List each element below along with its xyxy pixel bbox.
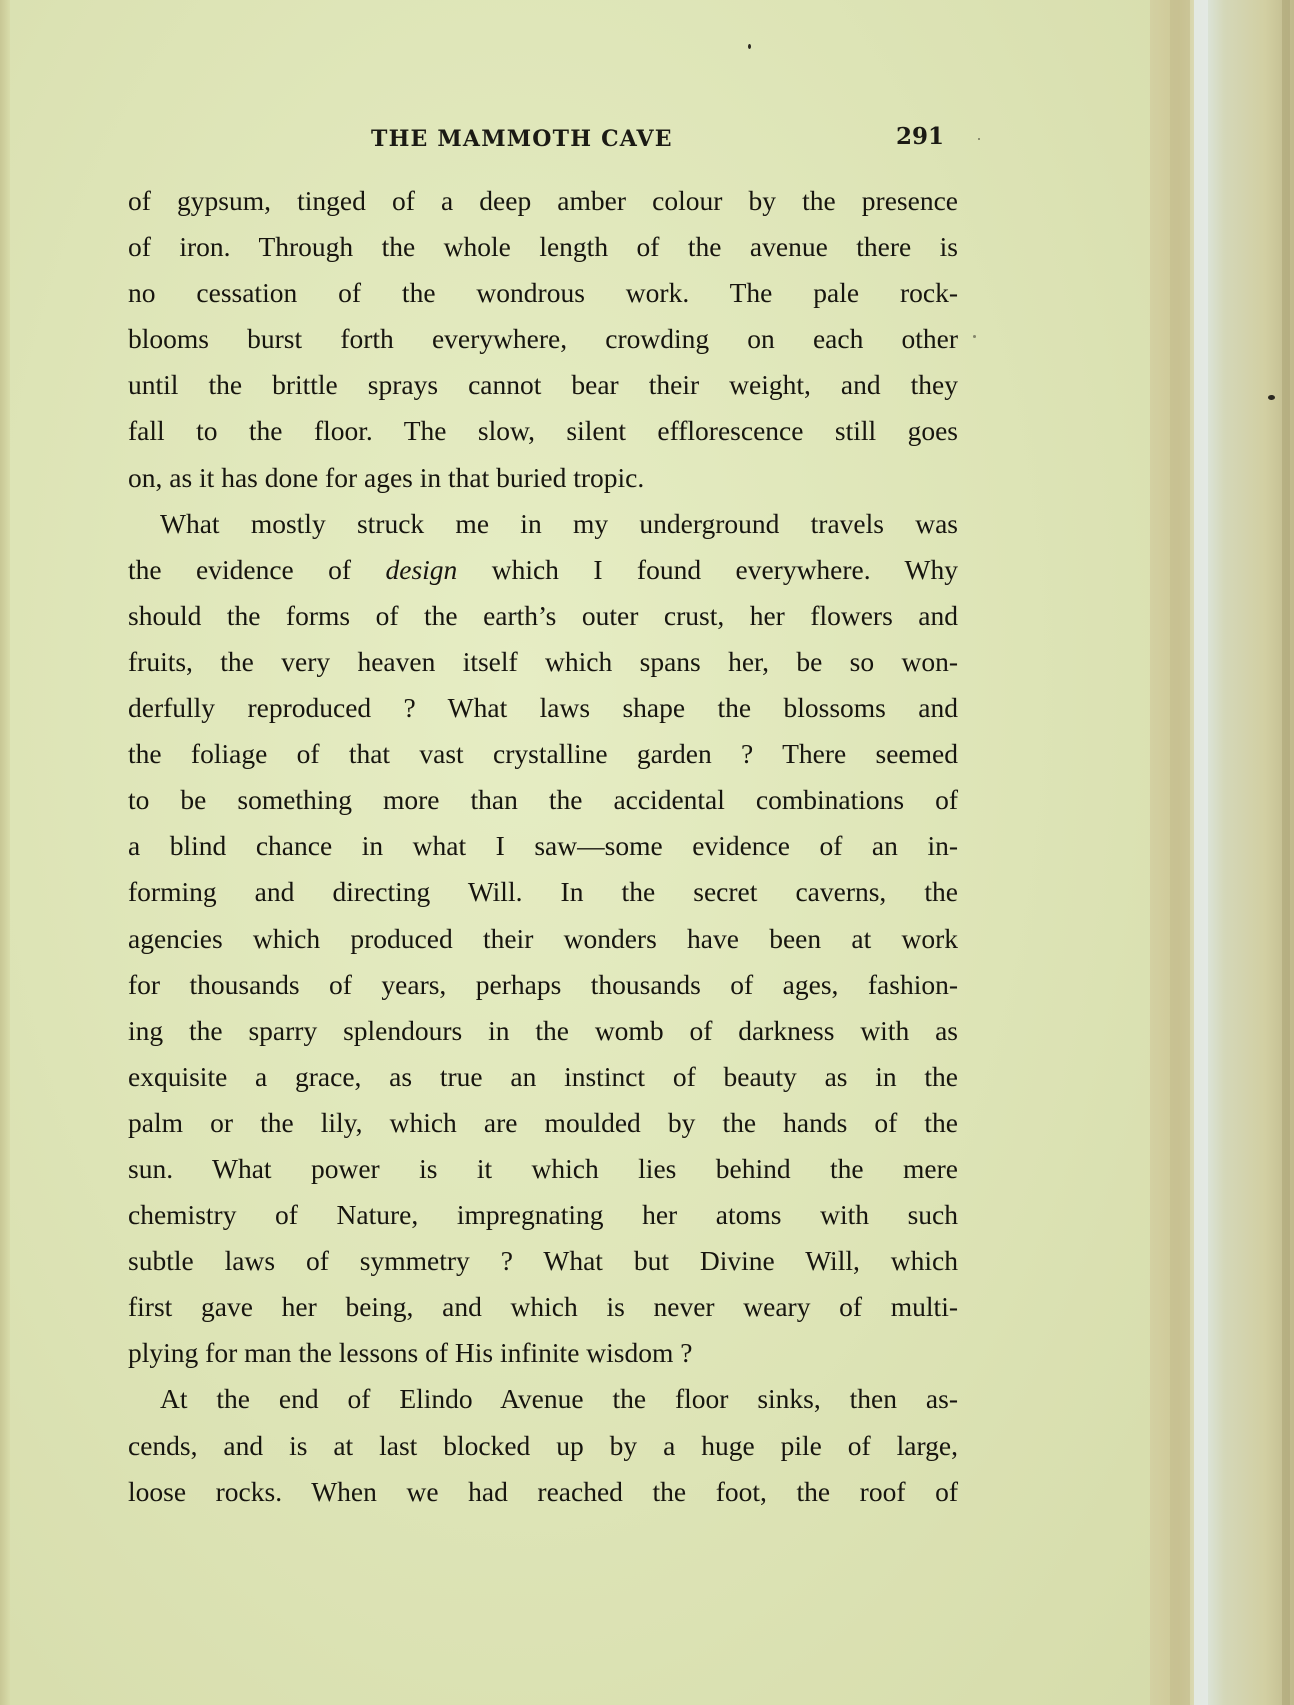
paper-speck	[1268, 395, 1275, 400]
text-line: fruits, the very heaven itself which spa…	[128, 639, 958, 685]
text-line: the foliage of that vast crystalline gar…	[128, 731, 958, 777]
paper-speck	[748, 44, 751, 49]
text-line: exquisite a grace, as true an instinct o…	[128, 1054, 958, 1100]
page-stack-highlight	[1194, 0, 1208, 1705]
text-line: cends, and is at last blocked up by a hu…	[128, 1423, 958, 1469]
text-line-paragraph-start: What mostly struck me in my underground …	[128, 501, 958, 547]
text-line-paragraph-start: At the end of Elindo Avenue the floor si…	[128, 1376, 958, 1422]
text-line: chemistry of Nature, impregnating her at…	[128, 1192, 958, 1238]
text-line-paragraph-end: on, as it has done for ages in that buri…	[128, 455, 958, 501]
text-line: first gave her being, and which is never…	[128, 1284, 958, 1330]
text-line-paragraph-end: plying for man the lessons of His infini…	[128, 1330, 958, 1376]
body-text: of gypsum, tinged of a deep amber colour…	[128, 178, 958, 1515]
text-line: subtle laws of symmetry ? What but Divin…	[128, 1238, 958, 1284]
page-stack-edge-dark	[1282, 0, 1290, 1705]
text-line: palm or the lily, which are moulded by t…	[128, 1100, 958, 1146]
text-line: blooms burst forth everywhere, crowding …	[128, 316, 958, 362]
text-line: for thousands of years, perhaps thousand…	[128, 962, 958, 1008]
text-line: agencies which produced their wonders ha…	[128, 916, 958, 962]
text-line: a blind chance in what I saw—some eviden…	[128, 823, 958, 869]
text-line: loose rocks. When we had reached the foo…	[128, 1469, 958, 1515]
paper-speck	[973, 335, 976, 338]
page-gutter-shadow	[0, 0, 10, 1705]
text-line: fall to the floor. The slow, silent effl…	[128, 408, 958, 454]
text-line: no cessation of the wondrous work. The p…	[128, 270, 958, 316]
text-line: until the brittle sprays cannot bear the…	[128, 362, 958, 408]
paper-speck	[978, 138, 980, 140]
page-stack-edge	[1170, 0, 1190, 1705]
text-line-with-italic: the evidence of design which I found eve…	[128, 547, 958, 593]
text-line: should the forms of the earth’s outer cr…	[128, 593, 958, 639]
text-line: of iron. Through the whole length of the…	[128, 224, 958, 270]
text-line: forming and directing Will. In the secre…	[128, 869, 958, 915]
book-fore-edge	[1150, 0, 1294, 1705]
text-line: ing the sparry splendours in the womb of…	[128, 1008, 958, 1054]
page-number: 291	[896, 123, 944, 150]
running-title: THE MAMMOTH CAVE	[371, 126, 673, 152]
book-page: THE MAMMOTH CAVE 291 of gypsum, tinged o…	[0, 0, 1150, 1705]
text-line: of gypsum, tinged of a deep amber colour…	[128, 178, 958, 224]
page-header: THE MAMMOTH CAVE 291	[128, 120, 958, 160]
text-line: derfully reproduced ? What laws shape th…	[128, 685, 958, 731]
text-segment: the evidence of	[128, 554, 385, 585]
text-line: to be something more than the accidental…	[128, 777, 958, 823]
text-line: sun. What power is it which lies behind …	[128, 1146, 958, 1192]
text-segment: which I found everywhere. Why	[457, 554, 958, 585]
italic-word: design	[385, 554, 457, 585]
